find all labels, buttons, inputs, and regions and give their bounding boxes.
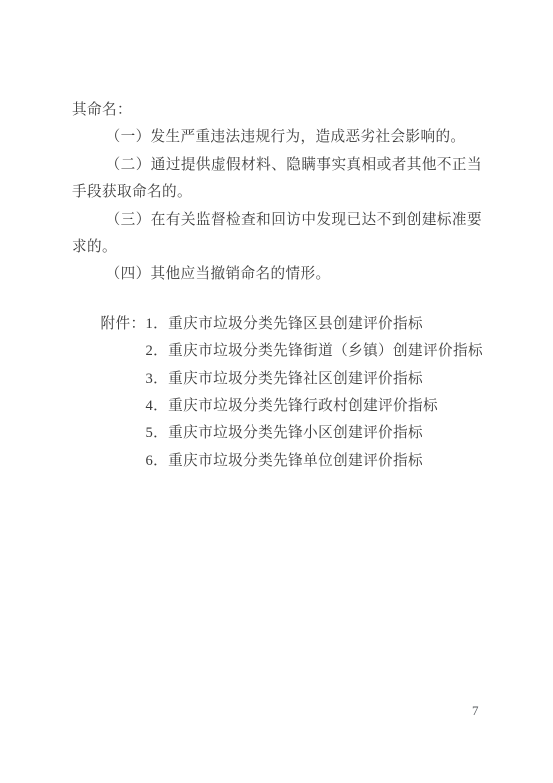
page-number: 7	[472, 703, 479, 719]
attachment-block: 附件： 1．重庆市垃圾分类先锋区县创建评价指标 2．重庆市垃圾分类先锋街道（乡镇…	[72, 311, 482, 475]
attachment-item-5: 5．重庆市垃圾分类先锋小区创建评价指标	[145, 420, 483, 447]
attachment-list: 1．重庆市垃圾分类先锋区县创建评价指标 2．重庆市垃圾分类先锋街道（乡镇）创建评…	[145, 311, 483, 475]
clause-2: （二）通过提供虚假材料、隐瞒事实真相或者其他不正当手段获取命名的。	[72, 152, 482, 207]
attachment-item-3: 3．重庆市垃圾分类先锋社区创建评价指标	[145, 366, 483, 393]
document-page: 其命名： （一）发生严重违法违规行为，造成恶劣社会影响的。 （二）通过提供虚假材…	[0, 0, 553, 783]
clause-3: （三）在有关监督检查和回访中发现已达不到创建标准要求的。	[72, 207, 482, 262]
attachment-label: 附件：	[100, 311, 145, 475]
clause-1: （一）发生严重违法违规行为，造成恶劣社会影响的。	[72, 124, 482, 151]
clause-4: （四）其他应当撤销命名的情形。	[72, 261, 482, 288]
continuation-line: 其命名：	[72, 97, 482, 124]
attachment-item-1: 1．重庆市垃圾分类先锋区县创建评价指标	[145, 311, 483, 338]
attachment-item-2: 2．重庆市垃圾分类先锋街道（乡镇）创建评价指标	[145, 338, 483, 365]
document-body: 其命名： （一）发生严重违法违规行为，造成恶劣社会影响的。 （二）通过提供虚假材…	[72, 97, 482, 475]
attachment-item-4: 4．重庆市垃圾分类先锋行政村创建评价指标	[145, 393, 483, 420]
attachment-item-6: 6．重庆市垃圾分类先锋单位创建评价指标	[145, 448, 483, 475]
